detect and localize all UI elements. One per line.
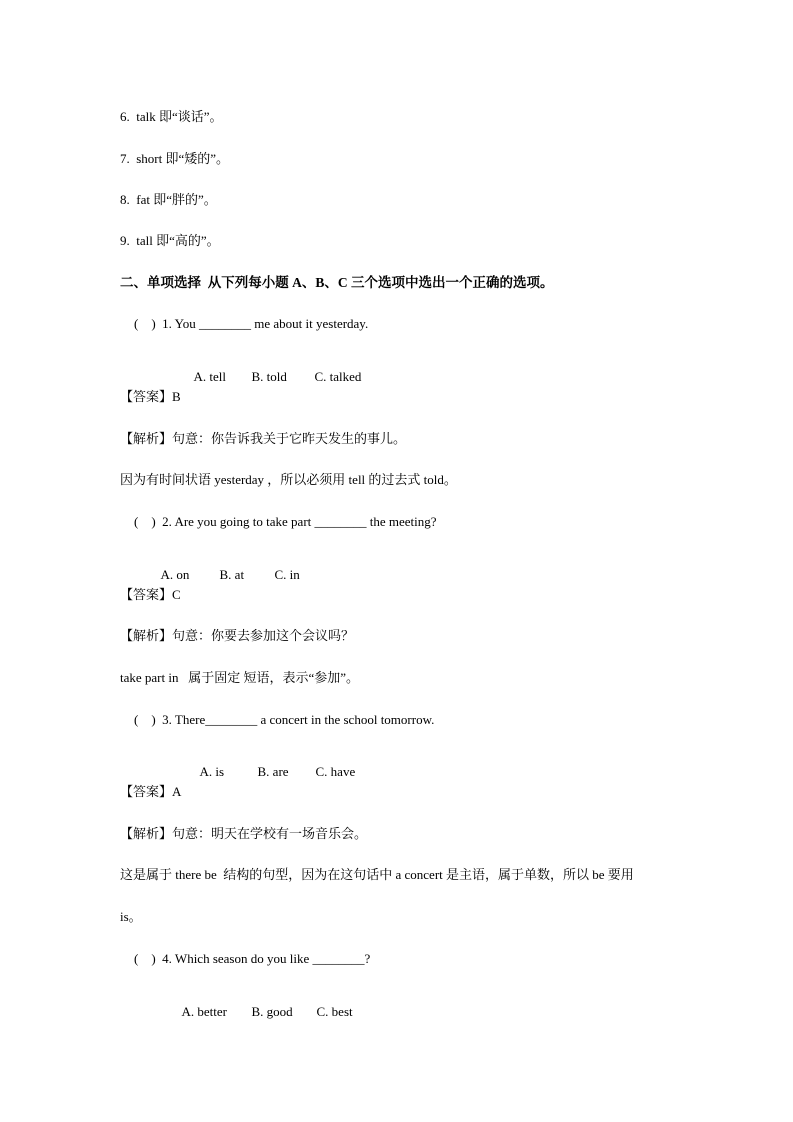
- option-b: B. at: [220, 567, 275, 583]
- question-1-answer: 【答案】B: [120, 389, 181, 405]
- question-2-analysis: 【解析】句意：你要去参加这个会议吗？: [120, 628, 354, 644]
- option-a: A. is: [200, 764, 258, 780]
- option-a: A. tell: [194, 369, 252, 385]
- vocab-item-6: 6. talk 即“谈话”。: [120, 109, 223, 125]
- vocab-item-8: 8. fat 即“胖的”。: [120, 192, 217, 208]
- question-3-answer: 【答案】A: [120, 784, 181, 800]
- question-2-options: A. onB. atC. in: [154, 551, 300, 583]
- question-3-options: A. isB. areC. have: [193, 748, 355, 780]
- question-1-stem: ( ) 1. You ________ me about it yesterda…: [134, 316, 368, 332]
- question-3-stem: ( ) 3. There________ a concert in the sc…: [134, 712, 434, 728]
- question-3-explanation-cont: is。: [120, 909, 142, 925]
- option-a: A. better: [182, 1004, 252, 1020]
- question-2-explanation: take part in 属于固定 短语，表示“参加”。: [120, 670, 359, 686]
- option-c: C. talked: [315, 369, 362, 385]
- question-2-stem: ( ) 2. Are you going to take part ______…: [134, 514, 437, 530]
- vocab-item-7: 7. short 即“矮的”。: [120, 151, 229, 167]
- question-1-options: A. tellB. toldC. talked: [187, 353, 361, 385]
- question-3-analysis: 【解析】句意：明天在学校有一场音乐会。: [120, 826, 367, 842]
- question-4-options: A. betterB. goodC. best: [175, 988, 353, 1020]
- option-b: B. are: [258, 764, 316, 780]
- question-2-answer: 【答案】C: [120, 587, 181, 603]
- option-c: C. best: [317, 1004, 353, 1020]
- question-3-explanation: 这是属于 there be 结构的句型，因为在这句话中 a concert 是主…: [120, 867, 634, 883]
- section-heading: 二、单项选择 从下列每小题 A、B、C 三个选项中选出一个正确的选项。: [120, 275, 554, 291]
- vocab-item-9: 9. tall 即“高的”。: [120, 233, 220, 249]
- option-c: C. in: [275, 567, 300, 583]
- question-4-stem: ( ) 4. Which season do you like ________…: [134, 951, 370, 967]
- question-1-analysis: 【解析】句意：你告诉我关于它昨天发生的事儿。: [120, 431, 406, 447]
- option-b: B. good: [252, 1004, 317, 1020]
- option-b: B. told: [252, 369, 315, 385]
- question-1-explanation: 因为有时间状语 yesterday ，所以必须用 tell 的过去式 told。: [120, 472, 457, 488]
- option-a: A. on: [161, 567, 220, 583]
- option-c: C. have: [316, 764, 356, 780]
